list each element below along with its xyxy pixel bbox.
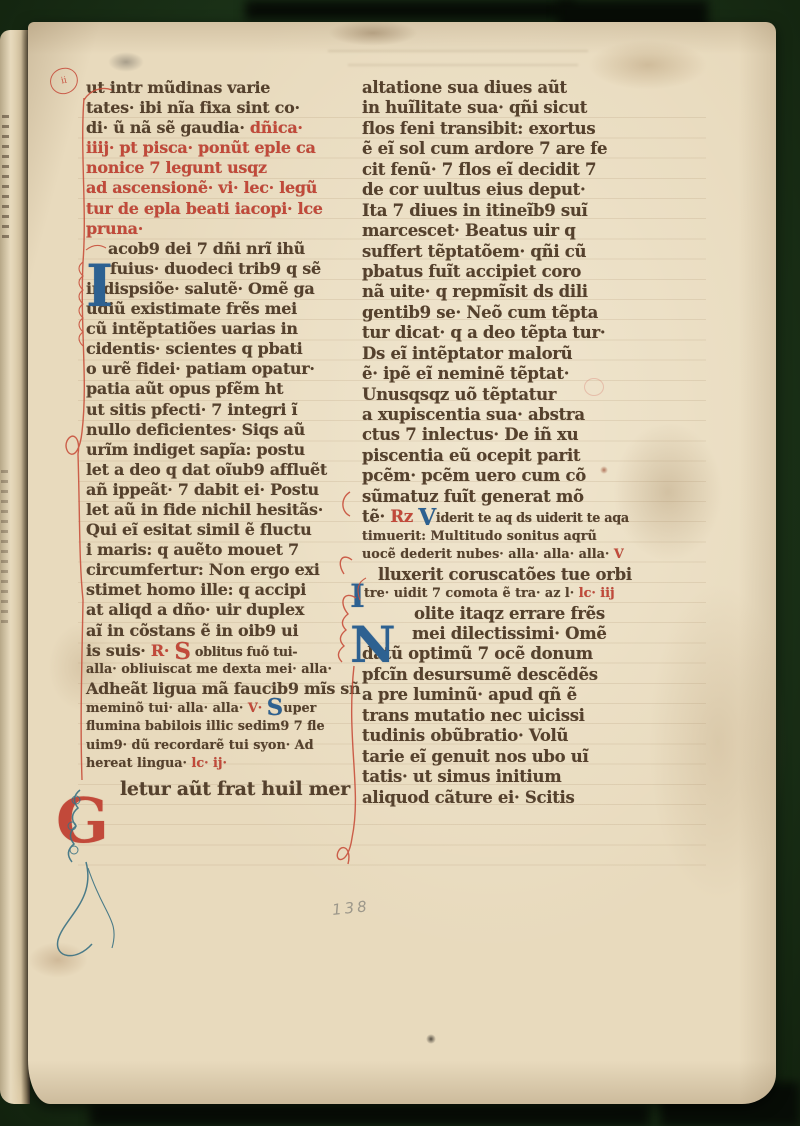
- text-segment: stimet homo ille: q accipi: [86, 580, 306, 599]
- text-line: sũmatuz fuĩt generat mõ: [334, 487, 644, 507]
- text-segment: fuius· duodeci trib9 q sẽ: [110, 259, 321, 278]
- text-line: circumfertur: Non ergo exi: [58, 560, 338, 580]
- text-line: nonice 7 legunt usqz: [58, 158, 338, 178]
- text-segment: let aũ in fide nichil hesitãs·: [86, 500, 323, 519]
- text-line: tarie eĩ genuit nos ubo uĩ: [334, 747, 644, 767]
- text-segment: i maris: q auẽto mouet 7: [86, 540, 299, 559]
- text-segment: is suis·: [86, 641, 151, 660]
- text-line: ut intr mũdinas varie: [58, 78, 338, 98]
- text-segment: iiij· pt pisca· ponũt eple ca: [86, 138, 316, 157]
- text-segment: tudinis obũbratio· Volũ: [362, 726, 568, 745]
- text-line: tre· uidit 7 comota ẽ tra· az l· lc· iij: [334, 585, 644, 604]
- text-line: let a deo q dat oĩub9 affluẽt: [58, 460, 338, 480]
- text-segment: udiũ existimate frẽs mei: [86, 299, 297, 318]
- text-segment: circumfertur: Non ergo exi: [86, 560, 320, 579]
- text-line: let aũ in fide nichil hesitãs·: [58, 500, 338, 520]
- text-segment: ctus 7 inlectus· De iñ xu: [362, 425, 578, 444]
- text-line: hereat lingua· lc· ij·: [58, 755, 338, 774]
- text-segment: cit fenũ· 7 flos eĩ decidit 7: [362, 160, 596, 179]
- facing-page-text-showthrough: [2, 115, 9, 245]
- text-segment: tur dicat· q a deo tẽpta tur·: [362, 323, 605, 342]
- text-line: flos feni transibit: exortus: [334, 119, 644, 139]
- text-segment: flumina babilois illic sedim9 7 fle: [86, 719, 325, 734]
- text-segment: meminõ tui· alla· alla·: [86, 701, 248, 716]
- text-line: timuerit: Multitudo sonitus aqrũ: [334, 528, 644, 547]
- text-line: de cor uultus eius deput·: [334, 180, 644, 200]
- text-segment: pcẽm· pcẽm uero cum cõ: [362, 466, 586, 485]
- text-segment: de cor uultus eius deput·: [362, 180, 585, 199]
- text-line: iiij· pt pisca· ponũt eple ca: [58, 138, 338, 158]
- text-line: a xupiscentia sua· abstra: [334, 405, 644, 425]
- text-segment: ut sitis pfecti· 7 integri ĩ: [86, 400, 297, 419]
- text-segment: oblitus fuõ tui-: [191, 645, 298, 660]
- initial-N-nolite: N: [350, 620, 396, 670]
- text-segment: pbatus fuĩt accipiet coro: [362, 262, 581, 281]
- facing-page-edge: [0, 30, 30, 1104]
- text-segment: cũ intẽptatiões uarias in: [86, 319, 298, 338]
- text-line: nullo deficientes· Siqs aũ: [58, 420, 338, 440]
- text-segment: datũ optimũ 7 ocẽ donum: [362, 644, 593, 663]
- text-line: gentib9 se· Neõ cum tẽpta: [334, 303, 644, 323]
- text-segment: di· ũ nã sẽ gaudia·: [86, 118, 250, 137]
- text-line: tates· ibi nĩa fixa sint co·: [58, 98, 338, 118]
- text-line: uocẽ dederit nubes· alla· alla· alla· V: [334, 546, 644, 565]
- text-segment: altatione sua diues aũt: [362, 78, 567, 97]
- text-segment: letur aũt frat huil mer: [120, 778, 350, 800]
- text-segment: Ds eĩ intẽptator malorũ: [362, 344, 572, 363]
- backdrop-shadow-bottom: [90, 1104, 650, 1126]
- text-line: aliquod cãture ei· Scitis: [334, 788, 644, 808]
- text-segment: R·: [151, 641, 175, 660]
- text-segment: lc· ij·: [191, 756, 227, 771]
- text-segment: at aliqd a dño· uir duplex: [86, 600, 304, 619]
- text-segment: suffert tẽptatõem· qñi cũ: [362, 242, 586, 261]
- text-segment: nã uite· q repmĩsit ds dili: [362, 282, 588, 301]
- text-segment: a xupiscentia sua· abstra: [362, 405, 585, 424]
- text-line: at aliqd a dño· uir duplex: [58, 600, 338, 620]
- text-segment: olite itaqz errare frẽs: [414, 604, 605, 623]
- stain: [108, 52, 144, 72]
- text-line: pcẽm· pcẽm uero cum cõ: [334, 466, 644, 486]
- text-line: tẽ· Rz Viderit te aq ds uiderit te aqa: [334, 507, 644, 527]
- text-line: di· ũ nã sẽ gaudia· dñica·: [58, 118, 338, 138]
- text-line: ctus 7 inlectus· De iñ xu: [334, 425, 644, 445]
- text-line: Ds eĩ intẽptator malorũ: [334, 344, 644, 364]
- text-segment: tates· ibi nĩa fixa sint co·: [86, 98, 300, 117]
- ghost-impression: [328, 50, 588, 52]
- text-segment: urĩm indiget sapĩa: postu: [86, 440, 305, 459]
- text-line: suffert tẽptatõem· qñi cũ: [334, 242, 644, 262]
- text-segment: gentib9 se· Neõ cum tẽpta: [362, 303, 598, 322]
- text-segment: patia aũt opus pfẽm ht: [86, 379, 283, 398]
- text-column-left: ut intr mũdinas varietates· ibi nĩa fixa…: [58, 78, 338, 804]
- text-line: cit fenũ· 7 flos eĩ decidit 7: [334, 160, 644, 180]
- text-segment: iderit te aq ds uiderit te aqa: [436, 511, 629, 526]
- text-line: cũ intẽptatiões uarias in: [58, 319, 338, 339]
- text-segment: ut intr mũdinas varie: [86, 78, 270, 97]
- text-line: uim9· dũ recordarẽ tui syon· Ad: [58, 737, 338, 756]
- initial-G-glorietur: G: [56, 790, 109, 852]
- text-segment: tarie eĩ genuit nos ubo uĩ: [362, 747, 588, 766]
- text-line: pbatus fuĩt accipiet coro: [334, 262, 644, 282]
- text-line: ẽ eĩ sol cum ardore 7 are fe: [334, 139, 644, 159]
- text-segment: tur de epla beati iacopi· lce: [86, 199, 323, 218]
- text-line: tudinis obũbratio· Volũ: [334, 726, 644, 746]
- text-segment: alla· obliuiscat me dexta mei· alla·: [86, 662, 332, 677]
- text-line: altatione sua diues aũt: [334, 78, 644, 98]
- text-line: a pre luminũ· apud qñ ẽ: [334, 685, 644, 705]
- text-segment: tre· uidit 7 comota ẽ tra· az l·: [364, 586, 579, 601]
- initial-I-illuxerit: I: [350, 580, 365, 612]
- text-line: añ ippeãt· 7 dabit ei· Postu: [58, 480, 338, 500]
- text-segment: let a deo q dat oĩub9 affluẽt: [86, 460, 327, 479]
- text-line: tur dicat· q a deo tẽpta tur·: [334, 323, 644, 343]
- text-line: Unusqsqz uõ tẽptatur: [334, 385, 644, 405]
- text-segment: cidentis· scientes q pbati: [86, 339, 302, 358]
- text-segment: uper: [283, 701, 316, 716]
- text-line: i maris: q auẽto mouet 7: [58, 540, 338, 560]
- text-segment: lluxerit coruscatões tue orbi: [378, 565, 632, 584]
- text-segment: in huĩlitate sua· qñi sicut: [362, 98, 587, 117]
- text-line: Adheãt ligua mã faucib9 mĩs sñ: [58, 679, 338, 699]
- text-line: pruna·: [58, 219, 338, 239]
- text-segment: pruna·: [86, 219, 143, 238]
- text-line: alla· obliuiscat me dexta mei· alla·: [58, 661, 338, 680]
- text-segment: Unusqsqz uõ tẽptatur: [362, 385, 556, 404]
- stain: [28, 942, 88, 978]
- text-segment: aliquod cãture ei· Scitis: [362, 788, 575, 807]
- text-segment: acob9 dei 7 dñi nrĩ ihũ: [108, 239, 305, 258]
- text-segment: dñica·: [250, 118, 303, 137]
- ghost-impression: [348, 64, 578, 66]
- text-segment: Rz: [390, 507, 418, 526]
- text-line: in huĩlitate sua· qñi sicut: [334, 98, 644, 118]
- text-segment: ẽ eĩ sol cum ardore 7 are fe: [362, 139, 607, 158]
- text-line: ẽ· ipẽ eĩ neminẽ tẽptat·: [334, 364, 644, 384]
- backdrop-shadow-top-center: [245, 0, 575, 20]
- text-segment: pfcĩn desursumẽ descẽdẽs: [362, 665, 598, 684]
- text-line: patia aũt opus pfẽm ht: [58, 379, 338, 399]
- text-segment: Ita 7 diues in itineĩb9 suĩ: [362, 201, 587, 220]
- text-line: piscentia eũ ocepit parit: [334, 446, 644, 466]
- text-segment: indispsiõe· salutẽ· Omẽ ga: [86, 279, 314, 298]
- text-segment: uim9· dũ recordarẽ tui syon· Ad: [86, 738, 314, 753]
- text-segment: V: [614, 547, 624, 562]
- text-line: Ita 7 diues in itineĩb9 suĩ: [334, 201, 644, 221]
- text-segment: tatis· ut simus initium: [362, 767, 561, 786]
- text-line: urĩm indiget sapĩa: postu: [58, 440, 338, 460]
- text-line: tatis· ut simus initium: [334, 767, 644, 787]
- text-column-right: altatione sua diues aũtin huĩlitate sua·…: [334, 78, 644, 808]
- text-line: tur de epla beati iacopi· lce: [58, 199, 338, 219]
- text-segment: o urẽ fidei· patiam opatur·: [86, 359, 315, 378]
- text-segment: marcescet· Beatus uir q: [362, 221, 575, 240]
- text-segment: tẽ·: [362, 507, 390, 526]
- text-line: trans mutatio nec uicissi: [334, 706, 644, 726]
- text-segment: hereat lingua·: [86, 756, 191, 771]
- text-segment: mei dilectissimi· Omẽ: [412, 624, 607, 643]
- text-line: ut sitis pfecti· 7 integri ĩ: [58, 400, 338, 420]
- text-segment: nonice 7 legunt usqz: [86, 158, 267, 177]
- text-line: ad ascensionẽ· vi· lec· legũ: [58, 178, 338, 198]
- text-line: Qui eĩ esitat simil ẽ fluctu: [58, 520, 338, 540]
- text-segment: ad ascensionẽ· vi· lec· legũ: [86, 178, 317, 197]
- text-segment: lc· iij: [579, 586, 615, 601]
- text-line: aĩ in cõstans ẽ in oib9 ui: [58, 621, 338, 641]
- text-segment: V·: [248, 701, 267, 716]
- text-segment: ẽ· ipẽ eĩ neminẽ tẽptat·: [362, 364, 569, 383]
- text-line: flumina babilois illic sedim9 7 fle: [58, 718, 338, 737]
- text-segment: añ ippeãt· 7 dabit ei· Postu: [86, 480, 319, 499]
- text-line: nã uite· q repmĩsit ds dili: [334, 282, 644, 302]
- text-segment: nullo deficientes· Siqs aũ: [86, 420, 305, 439]
- text-line: stimet homo ille: q accipi: [58, 580, 338, 600]
- text-segment: timuerit: Multitudo sonitus aqrũ: [362, 529, 597, 544]
- text-line: marcescet· Beatus uir q: [334, 221, 644, 241]
- text-segment: uocẽ dederit nubes· alla· alla· alla·: [362, 547, 614, 562]
- text-segment: piscentia eũ ocepit parit: [362, 446, 580, 465]
- text-segment: Adheãt ligua mã faucib9 mĩs sñ: [86, 679, 360, 698]
- stain: [328, 20, 418, 46]
- text-segment: Qui eĩ esitat simil ẽ fluctu: [86, 520, 311, 539]
- facing-page-text-showthrough: [1, 470, 8, 630]
- text-segment: flos feni transibit: exortus: [362, 119, 595, 138]
- text-segment: sũmatuz fuĩt generat mõ: [362, 487, 584, 506]
- text-line: meminõ tui· alla· alla· V· Super: [58, 699, 338, 718]
- text-segment: a pre luminũ· apud qñ ẽ: [362, 685, 577, 704]
- initial-I-iacobus: I: [86, 257, 113, 315]
- text-line: o urẽ fidei· patiam opatur·: [58, 359, 338, 379]
- text-line: cidentis· scientes q pbati: [58, 339, 338, 359]
- stain: [426, 1034, 436, 1044]
- manuscript-photo: { "document": { "type": "medieval manusc…: [0, 0, 800, 1126]
- text-segment: aĩ in cõstans ẽ in oib9 ui: [86, 621, 298, 640]
- text-line: lluxerit coruscatões tue orbi: [334, 565, 644, 585]
- text-line: is suis· R· S oblitus fuõ tui-: [58, 641, 338, 661]
- text-segment: trans mutatio nec uicissi: [362, 706, 585, 725]
